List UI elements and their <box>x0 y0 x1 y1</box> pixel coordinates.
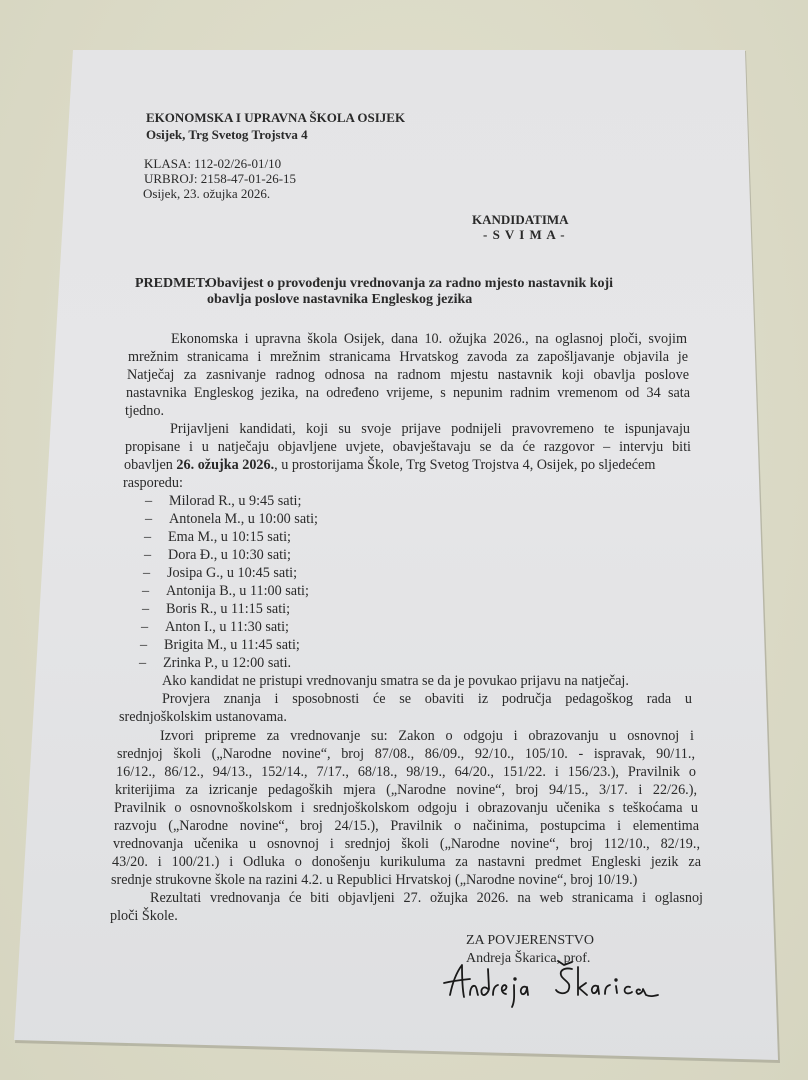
para2-line3-suffix: , u prostorijama Škole, Trg Svetog Trojs… <box>274 457 655 473</box>
schedule-text: Anton I., u 11:30 sati; <box>165 619 289 635</box>
dash-bullet: – <box>143 565 167 582</box>
dash-bullet: – <box>142 583 166 600</box>
interview-date: 26. ožujka 2026. <box>176 457 274 473</box>
para1-line2: mrežnim stranicama i mrežnim stranicama … <box>128 349 688 366</box>
dash-bullet: – <box>140 637 164 654</box>
para2-line2: propisane i u natječaju objavljene uvjet… <box>125 439 691 456</box>
dash-bullet: – <box>145 511 169 528</box>
para2-line1: Prijavljeni kandidati, koji su svoje pri… <box>170 421 690 438</box>
para1-line1: Ekonomska i upravna škola Osijek, dana 1… <box>171 331 687 348</box>
para5-line1: Izvori pripreme za vrednovanje su: Zakon… <box>160 728 694 745</box>
dash-bullet: – <box>141 619 165 636</box>
para5-line8: 43/20. i 100/21.) i Odluka o donošenju k… <box>112 854 701 871</box>
para3: Ako kandidat ne pristupi vrednovanju sma… <box>162 673 629 690</box>
schedule-item: –Antonela M., u 10:00 sati; <box>145 511 318 528</box>
handwritten-signature <box>440 955 670 1015</box>
schedule-item: –Zrinka P., u 12:00 sati. <box>139 655 291 672</box>
para5-line4: kriterijima za izricanje pedagoških mjer… <box>115 782 697 799</box>
school-name: EKONOMSKA I UPRAVNA ŠKOLA OSIJEK <box>146 110 405 126</box>
committee-label: ZA POVJERENSTVO <box>466 933 594 949</box>
dash-bullet: – <box>142 601 166 618</box>
klasa: KLASA: 112-02/26-01/10 <box>144 156 281 172</box>
para5-line3: 16/12., 86/12., 94/13., 152/14., 7/17., … <box>116 764 696 781</box>
schedule-item: –Dora Đ., u 10:30 sati; <box>144 547 291 564</box>
schedule-text: Boris R., u 11:15 sati; <box>166 601 290 617</box>
schedule-text: Dora Đ., u 10:30 sati; <box>168 547 291 563</box>
para5-line2: srednjoj školi („Narodne novine“, broj 8… <box>117 746 695 763</box>
para5-line9: srednje strukovne škole na razini 4.2. u… <box>111 872 637 889</box>
subject-label: PREDMET: <box>135 276 209 292</box>
schedule-text: Milorad R., u 9:45 sati; <box>169 493 301 509</box>
schedule-text: Brigita M., u 11:45 sati; <box>164 637 300 653</box>
urbroj: URBROJ: 2158-47-01-26-15 <box>144 171 296 187</box>
dash-bullet: – <box>144 547 168 564</box>
para5-line6: razvoju („Narodne novine“, broj 24/15.),… <box>114 818 699 835</box>
para6-line2: ploči Škole. <box>110 908 178 925</box>
schedule-text: Ema M., u 10:15 sati; <box>168 529 291 545</box>
para1-line4: nastavnika Engleskog jezika, na određeno… <box>126 385 690 402</box>
schedule-item: –Anton I., u 11:30 sati; <box>141 619 289 636</box>
schedule-item: –Brigita M., u 11:45 sati; <box>140 637 300 654</box>
schedule-text: Zrinka P., u 12:00 sati. <box>163 655 291 671</box>
para2-line3: obavljen 26. ožujka 2026., u prostorijam… <box>124 457 655 474</box>
para4-line1: Provjera znanja i sposobnosti će se obav… <box>162 691 692 708</box>
date-place: Osijek, 23. ožujka 2026. <box>143 186 270 202</box>
para2-line4: rasporedu: <box>123 475 183 492</box>
school-address: Osijek, Trg Svetog Trojstva 4 <box>146 127 308 143</box>
para5-line5: Pravilnik o osnovnoškolskom i srednjoško… <box>114 800 698 817</box>
recipient-line2: - S V I M A - <box>483 227 566 243</box>
para1-line5: tjedno. <box>125 403 164 420</box>
subject-line1: Obavijest o provođenju vrednovanja za ra… <box>206 276 613 292</box>
recipient-line1: KANDIDATIMA <box>472 212 569 228</box>
para6-line1: Rezultati vrednovanja će biti objavljeni… <box>150 890 703 907</box>
dash-bullet: – <box>139 655 163 672</box>
schedule-item: –Antonija B., u 11:00 sati; <box>142 583 309 600</box>
schedule-text: Antonija B., u 11:00 sati; <box>166 583 309 599</box>
schedule-item: –Ema M., u 10:15 sati; <box>144 529 291 546</box>
schedule-text: Antonela M., u 10:00 sati; <box>169 511 318 527</box>
dash-bullet: – <box>145 493 169 510</box>
document-content: EKONOMSKA I UPRAVNA ŠKOLA OSIJEK Osijek,… <box>0 0 808 1080</box>
schedule-text: Josipa G., u 10:45 sati; <box>167 565 297 581</box>
para2-line3-prefix: obavljen <box>124 457 176 473</box>
schedule-item: –Josipa G., u 10:45 sati; <box>143 565 297 582</box>
schedule-item: –Milorad R., u 9:45 sati; <box>145 493 301 510</box>
para1-line3: Natječaj za zasnivanje radnog odnosa na … <box>127 367 689 384</box>
dash-bullet: – <box>144 529 168 546</box>
schedule-item: –Boris R., u 11:15 sati; <box>142 601 290 618</box>
para4-line2: srednjoškolskim ustanovama. <box>119 709 287 726</box>
para5-line7: vrednovanja učenika u osnovnoj i srednjo… <box>113 836 700 853</box>
subject-line2: obavlja poslove nastavnika Engleskog jez… <box>207 292 472 308</box>
